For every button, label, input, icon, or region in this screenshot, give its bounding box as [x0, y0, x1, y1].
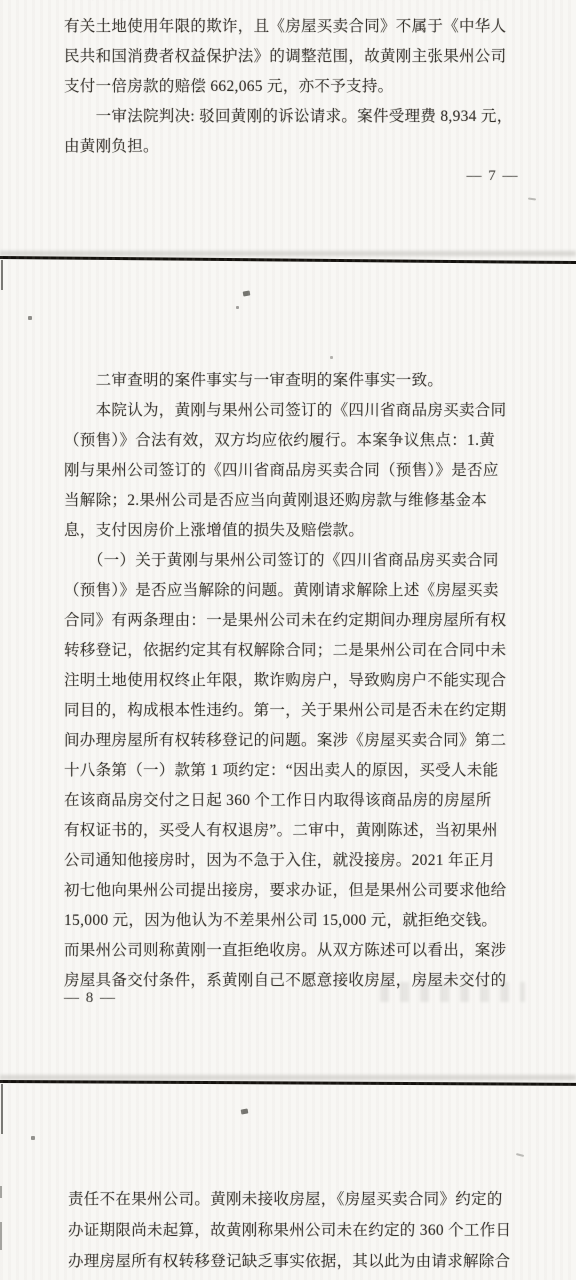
text-line: 而果州公司则称黄刚一直拒绝收房。从双方陈述可以看出，案涉 [64, 936, 518, 966]
page-8-text: 二审查明的案件事实与一审查明的案件事实一致。 本院认为，黄刚与果州公司签订的《四… [64, 366, 518, 996]
text-line: 公司通知他接房时，因为不急于入住，就没接房。2021 年正月 [64, 846, 518, 876]
text-line: 在该商品房交付之日起 360 个工作日内取得该商品房的房屋所 [64, 786, 518, 816]
page-break-shadow [0, 251, 576, 256]
scan-artifact [528, 197, 536, 200]
text-line: 本院认为，黄刚与果州公司签订的《四川省商品房买卖合同 [64, 396, 518, 426]
text-line: 有权证书的，买受人有权退房”。二审中，黄刚陈述，当初果州 [64, 816, 518, 846]
text-line: 刚与果州公司签订的《四川省商品房买卖合同（预售）》是否应 [64, 456, 518, 486]
text-line: 十八条第（一）款第 1 项约定：“因出卖人的原因，买受人未能 [64, 756, 518, 786]
text-line: 办证期限尚未起算，故黄刚称果州公司未在约定的 360 个工作日 [68, 1215, 518, 1246]
text-line: 当解除；2.果州公司是否应当向黄刚退还购房款与维修基金本 [64, 486, 518, 516]
page-8-number: — 8 — [64, 990, 117, 1007]
text-line: （一）关于黄刚与果州公司签订的《四川省商品房买卖合同 [64, 546, 518, 576]
scan-artifact [0, 1222, 2, 1250]
text-line: 一审法院判决: 驳回黄刚的诉讼请求。案件受理费 8,934 元， [64, 102, 518, 132]
text-line: 转移登记，依据约定其有权解除合同；二是果州公司在合同中未 [64, 636, 518, 666]
text-line: 注明土地使用权终止年限，欺诈购房户，导致购房户不能实现合 [64, 666, 518, 696]
page-9-text: 责任不在果州公司。黄刚未接收房屋，《房屋买卖合同》约定的办证期限尚未起算，故黄刚… [68, 1184, 518, 1277]
scan-artifact [330, 356, 333, 359]
text-line: 同目的，构成根本性违约。第一，关于果州公司是否未在约定期 [64, 696, 518, 726]
text-line: 有关土地使用年限的欺诈，且《房屋买卖合同》不属于《中华人 [64, 12, 518, 42]
text-line: （预售）》是否应当解除的问题。黄刚请求解除上述《房屋买卖 [64, 576, 518, 606]
text-line: 办理房屋所有权转移登记缺乏事实依据，其以此为由请求解除合 [68, 1246, 518, 1277]
text-line: 间办理房屋所有权转移登记的问题。案涉《房屋买卖合同》第二 [64, 726, 518, 756]
text-line: 二审查明的案件事实与一审查明的案件事实一致。 [64, 366, 518, 396]
page-break-line [0, 256, 576, 264]
text-line: 责任不在果州公司。黄刚未接收房屋，《房屋买卖合同》约定的 [68, 1184, 518, 1215]
scan-artifact [1, 260, 3, 290]
page-7-text: 有关土地使用年限的欺诈，且《房屋买卖合同》不属于《中华人民共和国消费者权益保护法… [64, 12, 518, 162]
scan-artifact [31, 1136, 35, 1140]
page-break-line [0, 1080, 576, 1085]
scan-artifact [236, 306, 239, 309]
scan-artifact [28, 316, 32, 320]
scanned-document: 黄刚未提供证据证明果州公司在签订《房屋买卖合同》时实施了 有关土地使用年限的欺诈… [0, 0, 576, 1280]
page-break-shadow [0, 1075, 576, 1080]
text-line: 15,000 元，因为他认为不差果州公司 15,000 元，就拒绝交钱。 [64, 906, 518, 936]
text-line: 由黄刚负担。 [64, 132, 518, 162]
scan-artifact [0, 1186, 2, 1198]
text-line: 支付一倍房款的赔偿 662,065 元，亦不予支持。 [64, 72, 518, 102]
bleed-through-artifact [380, 982, 525, 1002]
text-line: 合同》有两条理由：一是果州公司未在约定期间办理房屋所有权 [64, 606, 518, 636]
text-line: 息，支付因房价上涨增值的损失及赔偿款。 [64, 516, 518, 546]
text-line: （预售）》合法有效，双方均应依约履行。本案争议焦点：1.黄 [64, 426, 518, 456]
scan-artifact [516, 1153, 524, 1157]
page-9-section: 责任不在果州公司。黄刚未接收房屋，《房屋买卖合同》约定的办证期限尚未起算，故黄刚… [0, 1184, 576, 1277]
text-line: 黄刚未提供证据证明果州公司在签订《房屋买卖合同》时实施了 [64, 0, 518, 9]
page-8-section: 二审查明的案件事实与一审查明的案件事实一致。 本院认为，黄刚与果州公司签订的《四… [0, 366, 576, 996]
scan-artifact [1, 1084, 3, 1134]
scan-artifact [243, 290, 251, 296]
scan-artifact [241, 1108, 249, 1114]
page-7-section: 黄刚未提供证据证明果州公司在签订《房屋买卖合同》时实施了 有关土地使用年限的欺诈… [0, 0, 576, 162]
clipped-text-line: 黄刚未提供证据证明果州公司在签订《房屋买卖合同》时实施了 [64, 0, 518, 9]
page-7-number: — 7 — [467, 168, 520, 185]
text-line: 初七他向果州公司提出接房，要求办证，但是果州公司要求他给 [64, 876, 518, 906]
text-line: 民共和国消费者权益保护法》的调整范围，故黄刚主张果州公司 [64, 42, 518, 72]
